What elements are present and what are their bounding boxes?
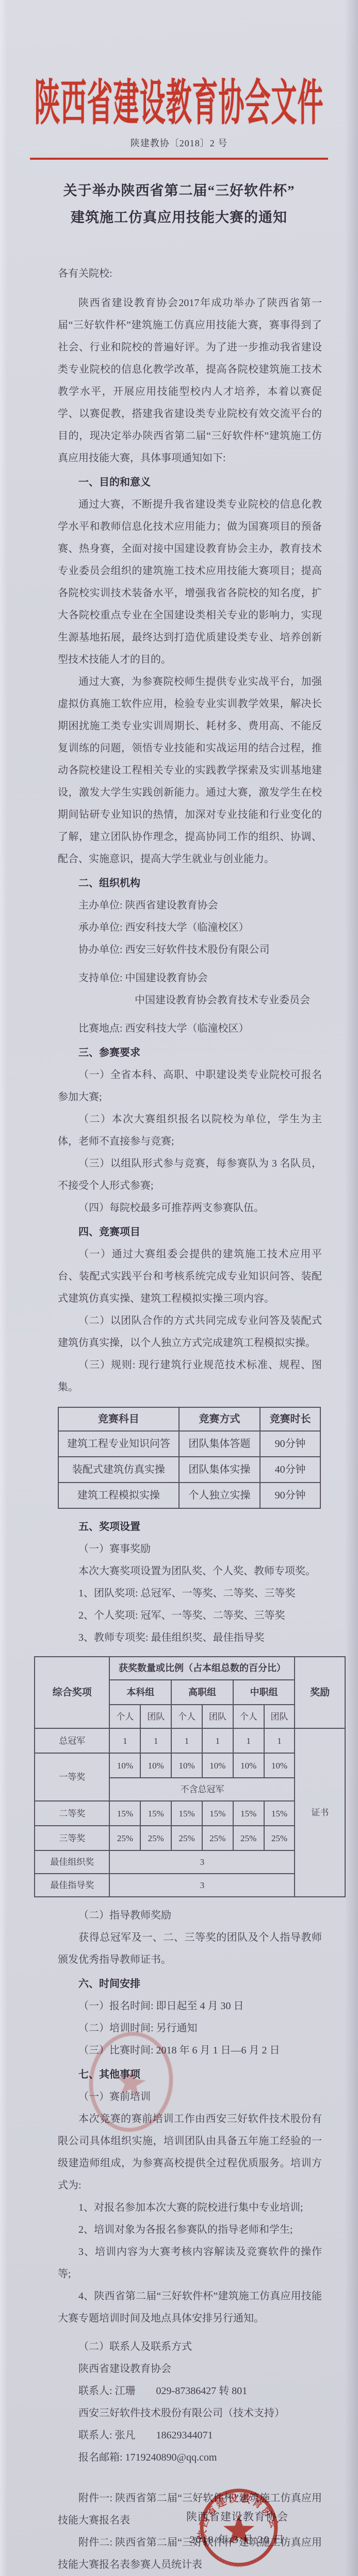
quota-cell: 15%	[233, 1801, 264, 1826]
event-item-1: （一）通过大赛组委会提供的建筑施工技术应用平台、装配式实践平台和考核系统完成专业…	[58, 1243, 322, 1310]
sub-team: 团队	[140, 1705, 171, 1728]
teacher-award-sub2: （二）指导教师奖励	[58, 1905, 322, 1927]
quota-cell: 25%	[109, 1826, 140, 1850]
section-2-heading: 二、组织机构	[58, 872, 322, 895]
group-secondary: 中职组	[233, 1680, 295, 1705]
row-label: 二等奖	[35, 1801, 109, 1826]
quota-cell: 15%	[264, 1801, 295, 1826]
section-1-heading: 一、目的和意义	[58, 472, 322, 494]
reward-header-cell: 奖励	[295, 1657, 345, 1728]
time-item-3: （三）比赛时间: 2018 年 6 月 1 日—6 月 2 日	[58, 2040, 322, 2062]
quota-cell: 15%	[171, 1801, 202, 1826]
quota-cell: 10%	[202, 1753, 233, 1778]
schedule-col-subject: 竞赛科目	[58, 1407, 179, 1431]
quota-title-cell: 获奖数量或比例（占本组总数的百分比）	[109, 1657, 295, 1680]
time-item-1: （一）报名时间: 即日起至 4 月 30 日	[58, 1995, 322, 2017]
row-label: 总冠军	[35, 1728, 109, 1753]
quota-cell: 25%	[140, 1826, 171, 1850]
section-6-heading: 六、时间安排	[58, 1973, 322, 1995]
event-item-3: （三）规则: 现行建筑行业规范技术标准、规程、图集。	[58, 1354, 322, 1399]
group-vocational: 高职组	[171, 1680, 233, 1705]
competition-schedule-table: 竞赛科目 竞赛方式 竞赛时长 建筑工程专业知识问答 团队集体答题 90分钟 装配…	[58, 1407, 321, 1509]
first-prize-note: 不含总冠军	[109, 1778, 295, 1801]
requirement-item-1: （一）全省本科、高职、中职建设类专业院校可报名参加大赛;	[58, 1064, 322, 1108]
training-item-1: 1、对报名参加本次大赛的院校进行集中专业培训;	[58, 2197, 322, 2219]
requirement-item-2: （二）本次大赛组织报名以院校为单位，学生为主体，老师不直接参与竞赛;	[58, 1108, 322, 1153]
paper-right-shadow	[345, 0, 358, 2576]
letterhead-org-title: 陕西省建设教育协会文件	[35, 64, 324, 134]
schedule-cell: 团队集体实操	[179, 1457, 260, 1483]
sub-team: 团队	[264, 1705, 295, 1728]
organizer-unit-line: 承办单位: 西安科技大学（临潼校区）	[58, 917, 322, 939]
quota-cell: 10%	[171, 1753, 202, 1778]
supporter-unit-line: 支持单位: 中国建设教育协会	[58, 967, 322, 989]
notice-title: 关于举办陕西省第二届“三好软件杯” 建筑施工仿真应用技能大赛的通知	[0, 177, 358, 231]
contact-person-1: 联系人: 江珊 029-87386427 转 801	[58, 2380, 322, 2402]
schedule-cell: 团队集体答题	[179, 1431, 260, 1457]
quota-cell: 1	[202, 1728, 233, 1753]
section-7-heading: 七、其他事项	[58, 2064, 322, 2086]
schedule-cell: 建筑工程模拟实操	[58, 1483, 179, 1508]
requirement-item-3: （三）以组队形式参与竞赛，每参赛队为 3 名队员，不接受个人形式参赛;	[58, 1153, 322, 1197]
reward-value-cell: 证书	[295, 1728, 345, 1897]
quota-cell: 10%	[140, 1753, 171, 1778]
section-1-paragraph-2: 通过大赛，为参赛院校师生提供专业实战平台，加强虚拟仿真施工软件应用，检验专业实训…	[58, 671, 322, 870]
training-paragraph: 本次竞赛的赛前培训工作由西安三好软件技术股份有限公司具体组织实施，培训团队由具备…	[58, 2108, 322, 2197]
time-item-2: （二）培训时间: 另行通知	[58, 2017, 322, 2040]
training-item-2: 2、培训对象为各报名参赛队的指导老师和学生;	[58, 2219, 322, 2241]
schedule-cell: 装配式建筑仿真实操	[58, 1457, 179, 1483]
sub-individual: 个人	[109, 1705, 140, 1728]
training-sub1: （一）赛前培训	[58, 2086, 322, 2108]
section-4-heading: 四、竞赛项目	[58, 1221, 322, 1243]
schedule-col-mode: 竞赛方式	[179, 1407, 260, 1431]
schedule-cell: 建筑工程专业知识问答	[58, 1431, 179, 1457]
contact-org-1: 陕西省建设教育协会	[58, 2358, 322, 2380]
quota-cell: 10%	[109, 1753, 140, 1778]
sub-team: 团队	[202, 1705, 233, 1728]
award-individual-line: 2、个人奖项: 冠军、一等奖、二等奖、三等奖	[58, 1605, 322, 1627]
quota-cell: 25%	[202, 1826, 233, 1850]
supporter-unit-line-2: 中国建设教育协会教育技术专业委员会	[58, 989, 322, 1012]
schedule-row-1: 建筑工程专业知识问答 团队集体答题 90分钟	[58, 1431, 320, 1457]
award-teacher-line: 3、教师专项奖: 最佳组织奖、最佳指导奖	[58, 1627, 322, 1649]
quota-cell: 15%	[140, 1801, 171, 1826]
quota-cell: 25%	[171, 1826, 202, 1850]
quota-cell: 25%	[264, 1826, 295, 1850]
red-divider-line	[30, 158, 328, 160]
quota-cell: 10%	[233, 1753, 264, 1778]
quota-cell: 1	[109, 1728, 140, 1753]
row-label: 一等奖	[35, 1753, 109, 1801]
section-1-paragraph-1: 通过大赛，不断提升我省建设类专业院校的信息化教学水平和教师信息化技术应用能力；做…	[58, 494, 322, 671]
row-label: 最佳指导奖	[35, 1874, 109, 1897]
intro-paragraph: 陕西省建设教育协会2017年成功举办了陕西省第一届“三好软件杯”建筑施工仿真应用…	[58, 292, 322, 469]
section-3-heading: 三、参赛要求	[58, 1042, 322, 1064]
best-org-count: 3	[109, 1850, 295, 1874]
signature-date: 2018 年 3 月 20 日	[170, 2531, 304, 2546]
quota-corner-cell: 综合奖项	[35, 1657, 109, 1728]
contact-org-2: 西安三好软件技术股份有限公司（技术支持）	[58, 2402, 322, 2425]
schedule-cell: 40分钟	[260, 1457, 320, 1483]
doc-number: 陕建教协〔2018〕2 号	[0, 136, 358, 149]
notice-title-line2: 建筑施工仿真应用技能大赛的通知	[0, 204, 358, 231]
paper-left-highlight	[0, 0, 7, 2576]
section-5-heading: 五、奖项设置	[58, 1516, 322, 1538]
quota-cell: 15%	[202, 1801, 233, 1826]
sub-individual: 个人	[233, 1705, 264, 1728]
best-guide-count: 3	[109, 1874, 295, 1897]
quota-cell: 1	[171, 1728, 202, 1753]
scanned-official-document: 陕西省建设教育协会文件 陕建教协〔2018〕2 号 关于举办陕西省第二届“三好软…	[0, 0, 358, 2576]
schedule-cell: 90分钟	[260, 1431, 320, 1457]
quota-cell: 1	[264, 1728, 295, 1753]
row-label: 三等奖	[35, 1826, 109, 1850]
champion-row: 总冠军 1 1 1 1 1 1 证书	[35, 1728, 345, 1753]
signature-block: 陕西省建设教育协会 2018 年 3 月 20 日	[170, 2508, 304, 2546]
award-sub1: （一）赛事奖励	[58, 1538, 322, 1560]
signature-org: 陕西省建设教育协会	[170, 2508, 304, 2524]
quota-cell: 10%	[264, 1753, 295, 1778]
quota-cell: 1	[140, 1728, 171, 1753]
co-organizer-unit-line: 协办单位: 西安三好软件技术股份有限公司	[58, 939, 322, 961]
schedule-row-2: 装配式建筑仿真实操 团队集体实操 40分钟	[58, 1457, 320, 1483]
event-item-2: （二）以团队合作的方式共同完成专业问答及装配式建筑仿真实操，以个人独立方式完成建…	[58, 1310, 322, 1354]
contact-person-2: 联系人: 张凡 18629344071	[58, 2425, 322, 2447]
notice-title-line1: 关于举办陕西省第二届“三好软件杯”	[0, 177, 358, 204]
letterhead: 陕西省建设教育协会文件	[0, 68, 358, 130]
schedule-cell: 90分钟	[260, 1483, 320, 1508]
quota-cell: 25%	[233, 1826, 264, 1850]
awards-quota-table: 综合奖项 获奖数量或比例（占本组总数的百分比） 奖励 本科组 高职组 中职组 个…	[34, 1656, 346, 1897]
group-undergrad: 本科组	[109, 1680, 171, 1705]
quota-header-row: 综合奖项 获奖数量或比例（占本组总数的百分比） 奖励	[35, 1657, 345, 1680]
schedule-col-duration: 竞赛时长	[260, 1407, 320, 1431]
award-team-line: 1、团队奖项: 总冠军、一等奖、二等奖、三等奖	[58, 1582, 322, 1605]
quota-cell: 1	[233, 1728, 264, 1753]
training-item-4: 4、陕西省第二届“三好软件杯”建筑施工仿真应用技能大赛专题培训时间及地点具体安排…	[58, 2285, 322, 2330]
venue-line: 比赛地点: 西安科技大学（临潼校区）	[58, 1018, 322, 1040]
contact-sub2: （二）联系人及联系方式	[58, 2336, 322, 2358]
salutation: 各有关院校:	[58, 263, 322, 285]
schedule-row-3: 建筑工程模拟实操 个人独立实操 90分钟	[58, 1483, 320, 1508]
training-item-3: 3、培训内容为大赛考核内容解读及竞赛软件的操作等;	[58, 2241, 322, 2285]
schedule-cell: 个人独立实操	[179, 1483, 260, 1508]
schedule-header-row: 竞赛科目 竞赛方式 竞赛时长	[58, 1407, 320, 1431]
quota-cell: 15%	[109, 1801, 140, 1826]
row-label: 最佳组织奖	[35, 1850, 109, 1874]
document-body: 各有关院校: 陕西省建设教育协会2017年成功举办了陕西省第一届“三好软件杯”建…	[58, 263, 322, 2576]
requirement-item-4: （四）每院校最多可推荐两支参赛队伍。	[58, 1197, 322, 1219]
host-unit-line: 主办单位: 陕西省建设教育协会	[58, 895, 322, 917]
sub-individual: 个人	[171, 1705, 202, 1728]
teacher-award-text: 获得总冠军及一、二、三等奖的团队及个人指导教师颁发优秀指导教师证书。	[58, 1927, 322, 1971]
contact-email: 报名邮箱: 1719240890@qq.com	[58, 2447, 322, 2469]
award-intro: 本次大赛奖项设置为团队奖、个人奖、教师专项奖。	[58, 1560, 322, 1582]
